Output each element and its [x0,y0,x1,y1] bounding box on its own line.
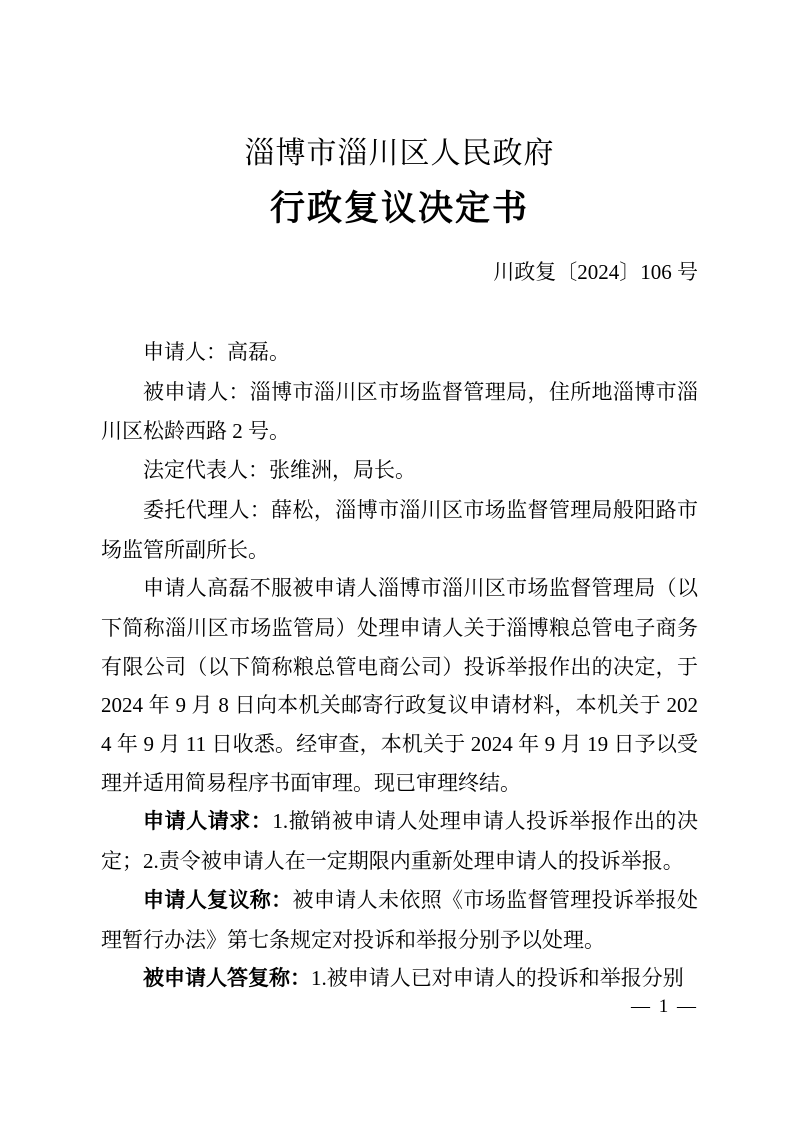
paragraph-applicant-claim: 申请人复议称：被申请人未依照《市场监督管理投诉举报处理暂行办法》第七条规定对投诉… [101,881,698,959]
document-title: 行政复议决定书 [101,190,698,228]
paragraph-text: 1.被申请人已对申请人的投诉和举报分别 [311,966,684,990]
issuing-authority-title: 淄博市淄川区人民政府 [101,139,698,169]
paragraph-respondent: 被申请人：淄博市淄川区市场监督管理局，住所地淄博市淄川区松龄西路 2 号。 [101,373,698,451]
document-page: 淄博市淄川区人民政府 行政复议决定书 川政复〔2024〕106 号 申请人：高磊… [0,0,794,1123]
paragraph-lead: 申请人请求： [143,810,272,833]
paragraph-text: 申请人：高磊。 [143,340,290,364]
document-body: 申请人：高磊。 被申请人：淄博市淄川区市场监督管理局，住所地淄博市淄川区松龄西路… [101,333,698,999]
paragraph-case-summary: 申请人高磊不服被申请人淄博市淄川区市场监督管理局（以下简称淄川区市场监管局）处理… [101,569,698,802]
paragraph-respondent-reply: 被申请人答复称：1.被申请人已对申请人的投诉和举报分别 [101,959,698,999]
document-content: 淄博市淄川区人民政府 行政复议决定书 川政复〔2024〕106 号 申请人：高磊… [101,0,698,999]
paragraph-lead: 被申请人答复称： [143,967,311,990]
paragraph-lead: 申请人复议称： [143,889,293,912]
paragraph-text: 委托代理人：薛松，淄博市淄川区市场监督管理局般阳路市场监管所副所长。 [101,498,698,562]
paragraph-applicant: 申请人：高磊。 [101,333,698,373]
paragraph-text: 申请人高磊不服被申请人淄博市淄川区市场监督管理局（以下简称淄川区市场监管局）处理… [101,576,698,795]
paragraph-legal-representative: 法定代表人：张维洲，局长。 [101,451,698,491]
document-number: 川政复〔2024〕106 号 [101,262,698,283]
paragraph-entrusted-agent: 委托代理人：薛松，淄博市淄川区市场监督管理局般阳路市场监管所副所长。 [101,491,698,569]
paragraph-text: 法定代表人：张维洲，局长。 [143,458,416,482]
paragraph-applicant-request: 申请人请求：1.撤销被申请人处理申请人投诉举报作出的决定；2.责令被申请人在一定… [101,802,698,880]
paragraph-text: 被申请人：淄博市淄川区市场监督管理局，住所地淄博市淄川区松龄西路 2 号。 [101,380,698,444]
page-number: — 1 — [631,997,698,1016]
